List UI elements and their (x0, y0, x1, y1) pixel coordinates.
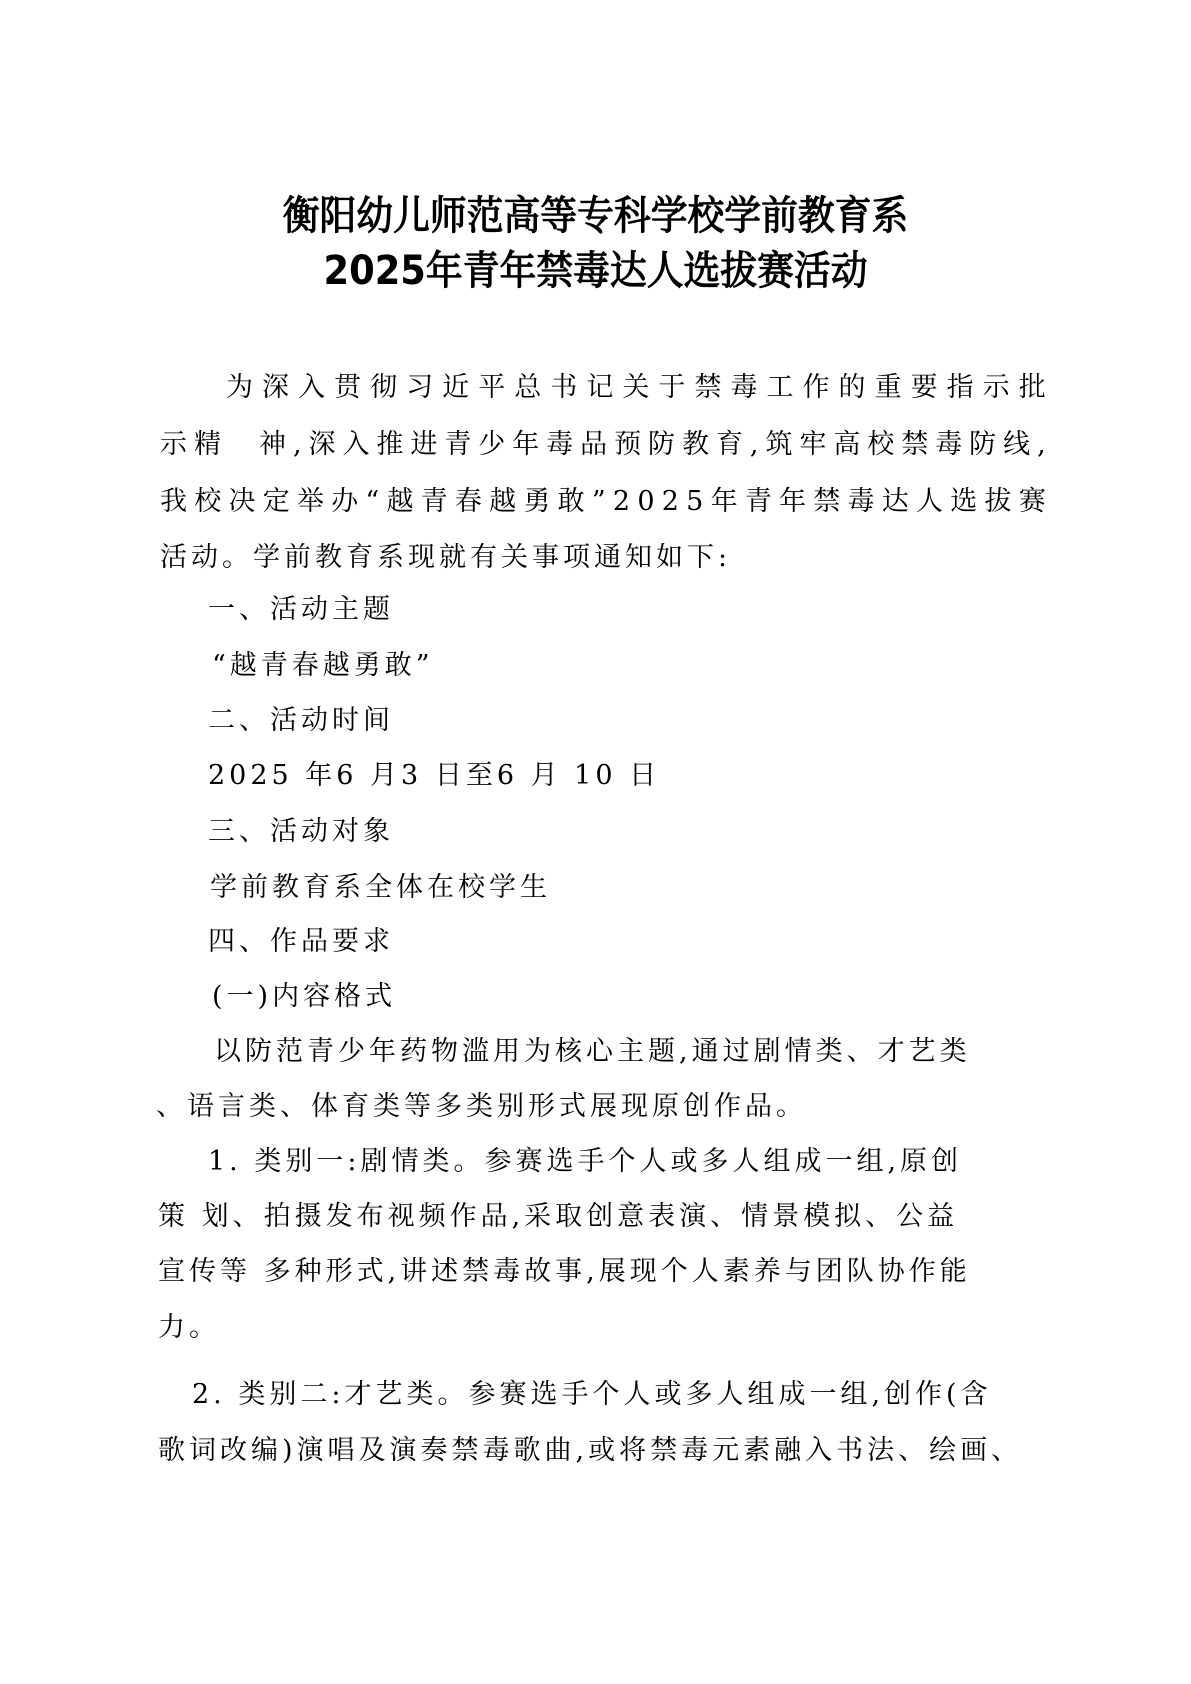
text-line: 、语言类、体育类等多类别形式展现原创作品。 (156, 1093, 807, 1120)
document-page: 衡阳幼儿师范高等专科学校学前教育系 2025年青年禁毒达人选拔赛活动 为深入贯彻… (0, 0, 1191, 1684)
text-line: 歌词改编)演唱及演奏禁毒歌曲,或将禁毒元素融入书法、绘画、 (158, 1437, 1022, 1464)
text-line: 2. 类别二:才艺类。参赛选手个人或多人组成一组,创作(含 (192, 1381, 992, 1408)
text-line: 我校决定举办“越青春越勇敢”2025年青年禁毒达人选拔赛 (160, 488, 1046, 515)
document-title-line-2: 2025年青年禁毒达人选拔赛活动 (48, 251, 1144, 291)
text-line: 1. 类别一:剧情类。参赛选手个人或多人组成一组,原创 (208, 1148, 962, 1175)
text-line: 活动。学前教育系现就有关事项通知如下: (160, 544, 731, 571)
text-line: 二、活动时间 (208, 707, 394, 734)
text-line: 以防范青少年药物滥用为核心主题,通过剧情类、才艺类 (214, 1038, 971, 1065)
text-line: 策 划、拍摄发布视频作品,采取创意表演、情景模拟、公益 (158, 1203, 958, 1230)
text-line: 为深入贯彻习近平总书记关于禁毒工作的重要指示批 (226, 374, 1046, 401)
text-line: 力。 (158, 1314, 220, 1341)
text-line: 学前教育系全体在校学生 (210, 874, 551, 901)
document-title-line-1: 衡阳幼儿师范高等专科学校学前教育系 (48, 196, 1144, 236)
text-line: 示精 神,深入推进青少年毒品预防教育,筑牢高校禁毒防线, (160, 431, 1046, 458)
text-line: “越青春越勇敢” (212, 652, 434, 679)
text-line: 宣传等 多种形式,讲述禁毒故事,展现个人素养与团队协作能 (158, 1258, 971, 1285)
text-line: 2025 年6 月3 日至6 月 10 日 (208, 762, 660, 789)
text-line: (一)内容格式 (212, 983, 396, 1010)
text-line: 一、活动主题 (208, 596, 394, 623)
text-line: 三、活动对象 (208, 818, 394, 845)
text-line: 四、作品要求 (208, 928, 394, 955)
